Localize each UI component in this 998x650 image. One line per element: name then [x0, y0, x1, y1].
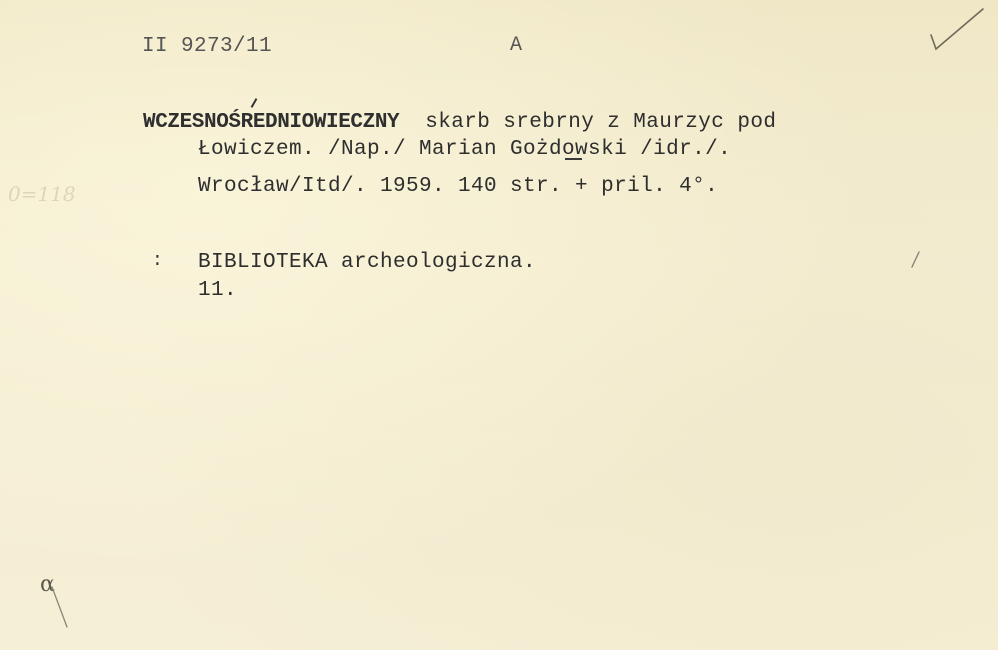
call-number: II 9273/11	[142, 36, 272, 57]
series-number: 11.	[198, 280, 237, 301]
pencil-note-left: 0=118	[8, 182, 76, 206]
series-name: BIBLIOTEKA archeologiczna.	[198, 252, 536, 273]
imprint-line: Wrocław/Itd/. 1959. 140 str. + pril. 4°.	[198, 176, 718, 197]
title-line-1: WCZESNOŚREDNIOWIECZNY skarb srebrny z Ma…	[143, 112, 776, 133]
pencil-tick-mark	[908, 250, 922, 270]
pencil-stroke	[50, 585, 70, 630]
title-line-2: Łowiczem. /Nap./ Marian Gożdowski /idr./…	[198, 139, 731, 160]
catalog-card: II 9273/11 A WCZESNOŚREDNIOWIECZNY skarb…	[0, 0, 998, 650]
title-rest: skarb srebrny z Maurzyc pod	[425, 111, 776, 134]
checkmark-icon	[925, 5, 987, 55]
series-marker: :	[152, 252, 163, 270]
heading-word: WCZESNOŚREDNIOWIECZNY	[143, 111, 399, 134]
underline-mark	[565, 158, 582, 160]
location-mark: A	[510, 36, 522, 56]
acute-accent-mark	[251, 98, 258, 108]
